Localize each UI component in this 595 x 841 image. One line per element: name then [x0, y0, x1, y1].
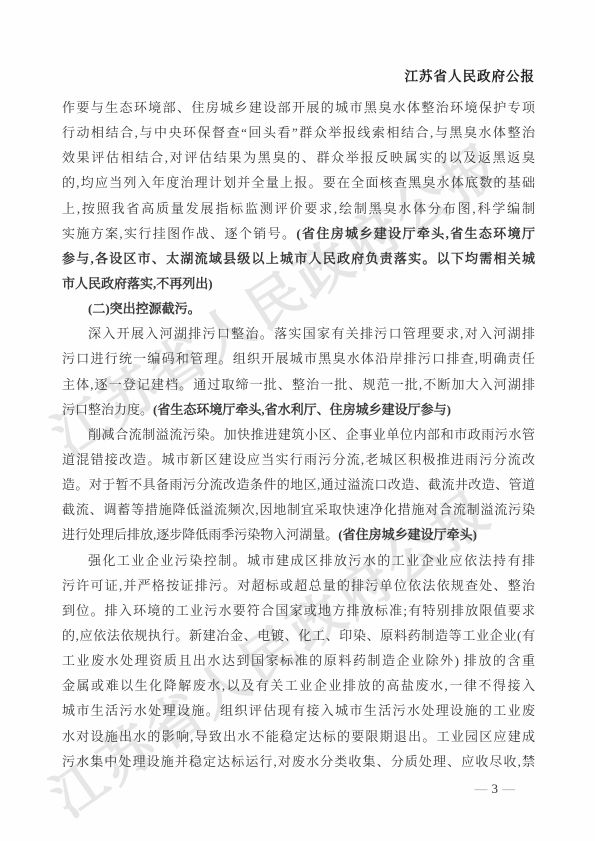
body-text: 效果评估相结合,对评估结果为黑臭的、群众举报反映属实的以及返黑返臭 — [62, 150, 535, 165]
text-line: 市人民政府落实,不再列出) — [62, 271, 535, 296]
body-text: 的,均应当列入年度治理计划并全量上报。要在全面核查黑臭水体底数的基础 — [62, 175, 535, 190]
body-text: 进行处理后排放,逐步降低雨季污染物入河湖量。 — [62, 527, 338, 542]
page-number-value: 3 — [492, 781, 499, 796]
text-line: 上,按照我省高质量发展指标监测评价要求,绘制黑臭水体分布图,科学编制 — [62, 196, 535, 221]
body-text: 削减合流制溢流污染。加快推进建筑小区、企事业单位内部和市政雨污水管 — [88, 427, 535, 442]
responsibility-annotation-text: (二)突出控源截污。 — [88, 301, 201, 316]
text-line: 工业废水处理资质且出水达到国家标准的原料药制造企业除外) 排放的含重 — [62, 648, 535, 673]
text-line: 污口整治力度。(省生态环境厅牵头,省水利厅、住房城乡建设厅参与) — [62, 397, 535, 422]
text-line: 道混错接改造。城市新区建设应当实行雨污分流,老城区积极推进雨污分流改 — [62, 447, 535, 472]
text-line: 城市生活污水处理设施。组织评估现有接入城市生活污水处理设施的工业废 — [62, 698, 535, 723]
page-number: —3— — [471, 781, 520, 797]
body-text: 上,按照我省高质量发展指标监测评价要求,绘制黑臭水体分布图,科学编制 — [62, 201, 535, 216]
text-line: 主体,逐一登记建档。通过取缔一批、整治一批、规范一批,不断加大入河湖排 — [62, 372, 535, 397]
text-line: 作要与生态环境部、住房城乡建设部开展的城市黑臭水体整治环境保护专项 — [62, 95, 535, 120]
responsibility-annotation-text: (省住房城乡建设厅牵头,省生态环境厅 — [296, 226, 535, 241]
text-line: 的,均应当列入年度治理计划并全量上报。要在全面核查黑臭水体底数的基础 — [62, 170, 535, 195]
gazette-header-title: 江苏省人民政府公报 — [62, 65, 535, 85]
body-text: 作要与生态环境部、住房城乡建设部开展的城市黑臭水体整治环境保护专项 — [62, 100, 535, 115]
page-number-dash-left: — — [475, 781, 488, 796]
body-text: 的,应依法依规执行。新建冶金、电镀、化工、印染、原料药制造等工业企业(有 — [62, 628, 535, 643]
body-text: 工业废水处理资质且出水达到国家标准的原料药制造企业除外) 排放的含重 — [62, 653, 535, 668]
body-text: 实施方案,实行挂图作战、逐个销号。 — [62, 226, 296, 241]
text-line: 参与,各设区市、太湖流域县级以上城市人民政府负责落实。以下均需相关城 — [62, 246, 535, 271]
text-line: 污口进行统一编码和管理。组织开展城市黑臭水体沿岸排污口排查,明确责任 — [62, 346, 535, 371]
responsibility-annotation-text: 参与,各设区市、太湖流域县级以上城市人民政府负责落实。以下均需相关城 — [62, 251, 535, 266]
responsibility-annotation-text: (省住房城乡建设厅牵头) — [338, 527, 477, 542]
body-text: 污水集中处理设施并稳定达标运行,对废水分类收集、分质处理、应收尽收,禁 — [62, 754, 535, 769]
text-line: 行动相结合,与中央环保督查“回头看”群众举报线索相结合,与黑臭水体整治 — [62, 120, 535, 145]
text-line: 深入开展入河湖排污口整治。落实国家有关排污口管理要求,对入河湖排 — [62, 321, 535, 346]
body-text: 城市生活污水处理设施。组织评估现有接入城市生活污水处理设施的工业废 — [62, 703, 535, 718]
body-text: 强化工业企业污染控制。城市建成区排放污水的工业企业应依法持有排 — [88, 553, 535, 568]
text-line: 水对设施出水的影响,导致出水不能稳定达标的要限期退出。工业园区应建成 — [62, 724, 535, 749]
text-line: 污水集中处理设施并稳定达标运行,对废水分类收集、分质处理、应收尽收,禁 — [62, 749, 535, 774]
text-line: 强化工业企业污染控制。城市建成区排放污水的工业企业应依法持有排 — [62, 548, 535, 573]
body-text: 污口整治力度。 — [62, 402, 153, 417]
text-line: 造。对于暂不具备雨污分流改造条件的地区,通过溢流口改造、截流井改造、管道 — [62, 472, 535, 497]
text-line: 到位。排入环境的工业污水要符合国家或地方排放标准;有特别排放限值要求 — [62, 598, 535, 623]
text-line: 金属或难以生化降解废水,以及有关工业企业排放的高盐废水,一律不得接入 — [62, 673, 535, 698]
body-text: 造。对于暂不具备雨污分流改造条件的地区,通过溢流口改造、截流井改造、管道 — [62, 477, 535, 492]
page-number-dash-right: — — [502, 781, 515, 796]
text-line: 截流、调蓄等措施降低溢流频次,因地制宜采取快速净化措施对合流制溢流污染 — [62, 497, 535, 522]
document-body: 作要与生态环境部、住房城乡建设部开展的城市黑臭水体整治环境保护专项行动相结合,与… — [62, 95, 535, 774]
body-text: 污许可证,并严格按证排污。对超标或超总量的排污单位依法依规查处、整治 — [62, 578, 535, 593]
body-text: 主体,逐一登记建档。通过取缔一批、整治一批、规范一批,不断加大入河湖排 — [62, 377, 535, 392]
text-line: 效果评估相结合,对评估结果为黑臭的、群众举报反映属实的以及返黑返臭 — [62, 145, 535, 170]
body-text: 到位。排入环境的工业污水要符合国家或地方排放标准;有特别排放限值要求 — [62, 603, 535, 618]
responsibility-annotation-text: (省生态环境厅牵头,省水利厅、住房城乡建设厅参与) — [153, 402, 451, 417]
text-line: 污许可证,并严格按证排污。对超标或超总量的排污单位依法依规查处、整治 — [62, 573, 535, 598]
text-line: 进行处理后排放,逐步降低雨季污染物入河湖量。(省住房城乡建设厅牵头) — [62, 522, 535, 547]
text-line: (二)突出控源截污。 — [62, 296, 535, 321]
body-text: 金属或难以生化降解废水,以及有关工业企业排放的高盐废水,一律不得接入 — [62, 678, 535, 693]
body-text: 道混错接改造。城市新区建设应当实行雨污分流,老城区积极推进雨污分流改 — [62, 452, 535, 467]
body-text: 污口进行统一编码和管理。组织开展城市黑臭水体沿岸排污口排查,明确责任 — [62, 351, 535, 366]
body-text: 水对设施出水的影响,导致出水不能稳定达标的要限期退出。工业园区应建成 — [62, 729, 535, 744]
responsibility-annotation-text: 市人民政府落实,不再列出) — [62, 276, 213, 291]
gazette-page: 江苏省人民政府公报 江苏省人民政府公报 江苏省人民政府公报 作要与生态环境部、住… — [0, 0, 595, 841]
text-line: 的,应依法依规执行。新建冶金、电镀、化工、印染、原料药制造等工业企业(有 — [62, 623, 535, 648]
body-text: 截流、调蓄等措施降低溢流频次,因地制宜采取快速净化措施对合流制溢流污染 — [62, 502, 535, 517]
body-text: 深入开展入河湖排污口整治。落实国家有关排污口管理要求,对入河湖排 — [88, 326, 535, 341]
text-line: 削减合流制溢流污染。加快推进建筑小区、企事业单位内部和市政雨污水管 — [62, 422, 535, 447]
text-line: 实施方案,实行挂图作战、逐个销号。(省住房城乡建设厅牵头,省生态环境厅 — [62, 221, 535, 246]
body-text: 行动相结合,与中央环保督查“回头看”群众举报线索相结合,与黑臭水体整治 — [62, 125, 535, 140]
